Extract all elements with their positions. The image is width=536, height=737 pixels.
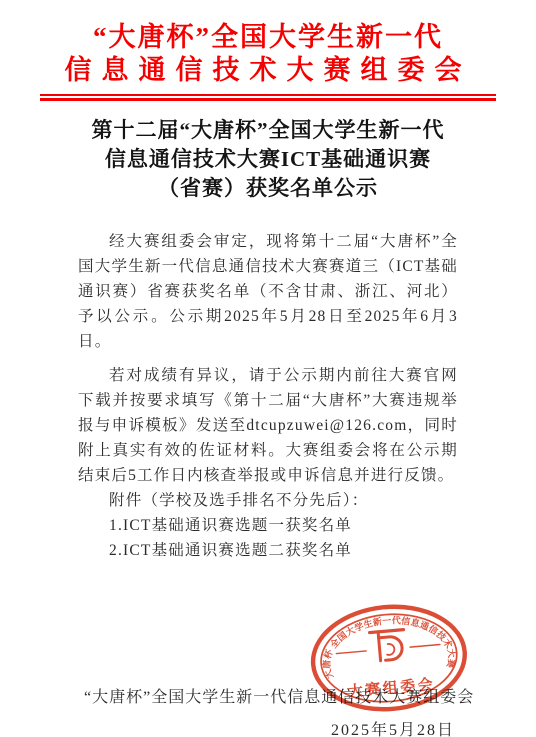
letterhead-org-line1: “大唐杯”全国大学生新一代 [0,21,536,54]
seal-side-dashes [336,645,440,654]
signature-date: 2025年5月28日 [0,720,536,737]
attachment-item-1: 1.ICT基础通识赛选题一获奖名单 [78,513,458,538]
letterhead: “大唐杯”全国大学生新一代 信息通信技术大赛组委会 [0,0,536,101]
document-title-line2: 信息通信技术大赛ICT基础通识赛 [0,145,536,174]
letterhead-org-line2: 信息通信技术大赛组委会 [0,54,536,87]
document-title-line3: （省赛）获奖名单公示 [0,174,536,203]
document-title-line1: 第十二届“大唐杯”全国大学生新一代 [0,116,536,145]
paragraph-announcement: 经大赛组委会审定，现将第十二届“大唐杯”全国大学生新一代信息通信技术大赛赛道三（… [78,229,458,354]
document-title: 第十二届“大唐杯”全国大学生新一代 信息通信技术大赛ICT基础通识赛 （省赛）获… [0,116,536,203]
seal-center-text: 大赛组委会 [347,675,436,701]
paragraph-appeal: 若对成绩有异议，请于公示期内前往大赛官网下载并按要求填写《第十二届“大唐杯”大赛… [78,363,458,488]
document-body: 经大赛组委会审定，现将第十二届“大唐杯”全国大学生新一代信息通信技术大赛赛道三（… [78,229,458,563]
official-seal: 大唐杯 全国大学生新一代信息通信技术大赛 大赛组委会 [304,596,473,722]
attachment-item-2: 2.ICT基础通识赛选题二获奖名单 [78,538,458,563]
document-page: “大唐杯”全国大学生新一代 信息通信技术大赛组委会 第十二届“大唐杯”全国大学生… [0,0,536,737]
attachments-heading: 附件（学校及选手排名不分先后）： [78,488,458,513]
letterhead-divider [40,94,496,101]
